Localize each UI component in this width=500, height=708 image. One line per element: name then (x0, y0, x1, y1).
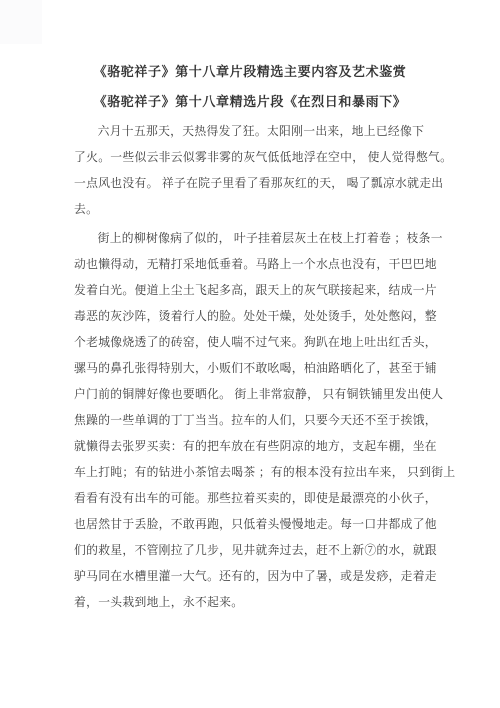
text-line: 驴马同在水槽里灌一大气。还有的，因为中了暑，或是发痧，走着走 (74, 563, 430, 589)
text-line: 焦躁的一些单调的丁丁当当。拉车的人们，只要今天还不至于挨饿， (74, 407, 430, 433)
paragraph-2: 街上的柳树像病了似的， 叶子挂着层灰土在枝上打着卷 ；枝条一 动也懒得动，无精打… (74, 225, 430, 615)
text-line: 去。 (74, 196, 430, 222)
text-line: 发着白光。便道上尘土飞起多高，跟天上的灰气联接起来，结成一片 (74, 277, 430, 303)
document-body: 六月十五那天，天热得发了狂。太阳刚一出来，地上已经像下 了火。一些似云非云似雾非… (74, 118, 430, 615)
text-line: 们的救星，不管刚拉了几步，见井就奔过去，赶不上新⑦的水，就跟 (74, 537, 430, 563)
text-line: 动也懒得动，无精打采地低垂着。马路上一个水点也没有，干巴巴地 (74, 251, 430, 277)
text-line: 就懒得去张罗买卖：有的把车放在有些阴凉的地方，支起车棚，坐在 (74, 433, 430, 459)
document-title: 《骆驼祥子》第十八章片段精选主要内容及艺术鉴赏 (30, 64, 470, 80)
text-line: 了火。一些似云非云似雾非雾的灰气低低地浮在空中， 使人觉得憋气。 (74, 144, 430, 170)
text-line: 车上打盹；有的钻进小茶馆去喝茶 ；有的根本没有拉出车来， 只到街上 (74, 459, 430, 485)
text-line: 毒恶的灰沙阵，烫着行人的脸。处处干燥，处处烫手，处处憋闷，整 (74, 303, 430, 329)
text-line: 也居然甘于丢脸，不敢再跑，只低着头慢慢地走。每一口井都成了他 (74, 511, 430, 537)
text-line: 一点风也没有。 祥子在院子里看了看那灰红的天， 喝了瓢凉水就走出 (74, 170, 430, 196)
text-line: 户门前的铜牌好像也要晒化。 街上非常寂静， 只有铜铁铺里发出使人 (74, 381, 430, 407)
text-line: 骡马的鼻孔张得特别大，小贩们不敢吆喝，柏油路晒化了，甚至于铺 (74, 355, 430, 381)
text-line: 街上的柳树像病了似的， 叶子挂着层灰土在枝上打着卷 ；枝条一 (74, 225, 430, 251)
document-page: 《骆驼祥子》第十八章片段精选主要内容及艺术鉴赏 《骆驼祥子》第十八章精选片段《在… (0, 0, 500, 708)
document-subtitle: 《骆驼祥子》第十八章精选片段《在烈日和暴雨下》 (30, 94, 470, 110)
text-line: 看看有没有出车的可能。那些拉着买卖的，即使是最漂亮的小伙子， (74, 485, 430, 511)
text-line: 六月十五那天，天热得发了狂。太阳刚一出来，地上已经像下 (74, 118, 430, 144)
paragraph-1: 六月十五那天，天热得发了狂。太阳刚一出来，地上已经像下 了火。一些似云非云似雾非… (74, 118, 430, 222)
scan-artifact (0, 0, 42, 44)
text-line: 着，一头栽到地上，永不起来。 (74, 589, 430, 615)
text-line: 个老城像烧透了的砖窑，使人喘不过气来。狗趴在地上吐出红舌头， (74, 329, 430, 355)
